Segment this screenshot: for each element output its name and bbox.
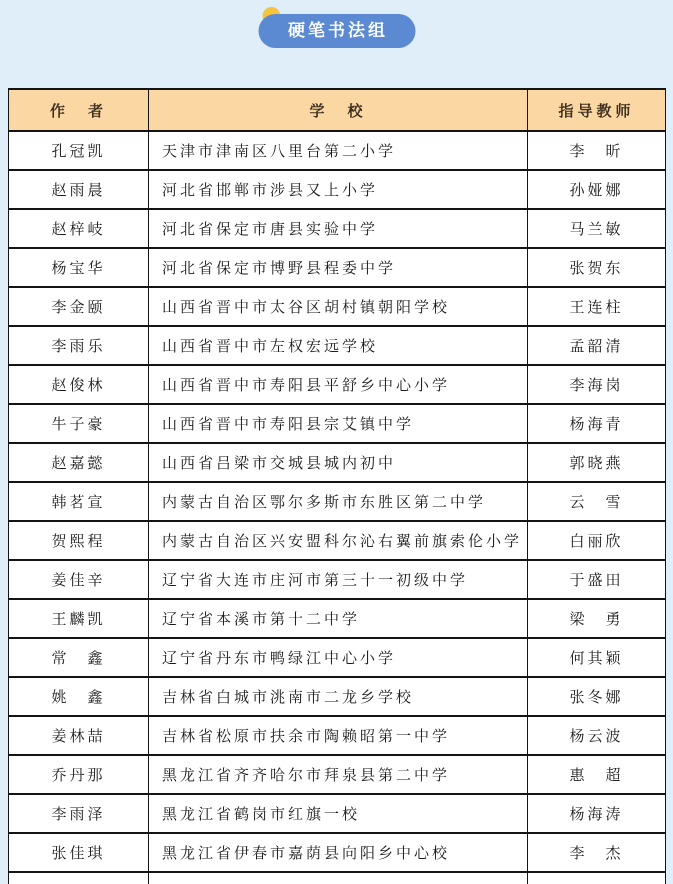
school-cell: 山西省晋中市左权宏远学校: [149, 326, 528, 365]
table-row: 姜林喆 吉林省松原市扶余市陶赖昭第一中学 杨云波: [9, 716, 666, 755]
table-row: 姜佳辛 辽宁省大连市庄河市第三十一初级中学 于盛田: [9, 560, 666, 599]
school-cell: 吉林省松原市扶余市陶赖昭第一中学: [149, 716, 528, 755]
school-cell: 内蒙古自治区兴安盟科尔沁右翼前旗索伦小学: [149, 521, 528, 560]
school-cell: 吉林省白城市洮南市二龙乡学校: [149, 677, 528, 716]
author-cell: 姜佳辛: [9, 560, 149, 599]
teacher-cell: 李 昕: [528, 131, 666, 170]
author-cell: 孔冠凯: [9, 131, 149, 170]
table-row: 李雨泽 黑龙江省鹤岗市红旗一校 杨海涛: [9, 794, 666, 833]
school-cell: 河北省保定市博野县程委中学: [149, 248, 528, 287]
table-row: 贺熙程 内蒙古自治区兴安盟科尔沁右翼前旗索伦小学 白丽欣: [9, 521, 666, 560]
teacher-cell: 何其颖: [528, 638, 666, 677]
school-cell: 山西省晋中市寿阳县宗艾镇中学: [149, 404, 528, 443]
table-row: 李金颐 山西省晋中市太谷区胡村镇朝阳学校 王连柱: [9, 287, 666, 326]
author-cell: 贺熙程: [9, 521, 149, 560]
school-cell: 黑龙江省齐齐哈尔市拜泉县第二中学: [149, 755, 528, 794]
author-cell: [9, 872, 149, 884]
author-cell: 赵雨晨: [9, 170, 149, 209]
teacher-cell: 梁 勇: [528, 599, 666, 638]
author-cell: 李金颐: [9, 287, 149, 326]
teacher-cell: 马兰敏: [528, 209, 666, 248]
author-cell: 赵梓岐: [9, 209, 149, 248]
school-cell: 辽宁省本溪市第十二中学: [149, 599, 528, 638]
author-cell: 杨宝华: [9, 248, 149, 287]
teacher-cell: 王连柱: [528, 287, 666, 326]
teacher-cell: 云 雪: [528, 482, 666, 521]
teacher-cell: 白丽欣: [528, 521, 666, 560]
school-cell: 山西省晋中市太谷区胡村镇朝阳学校: [149, 287, 528, 326]
table-row: 赵俊林 山西省晋中市寿阳县平舒乡中心小学 李海岗: [9, 365, 666, 404]
author-cell: 赵嘉懿: [9, 443, 149, 482]
table-row: 韩茗宣 内蒙古自治区鄂尔多斯市东胜区第二中学 云 雪: [9, 482, 666, 521]
column-header-author: 作 者: [9, 89, 149, 131]
table-row: [9, 872, 666, 884]
author-cell: 李雨乐: [9, 326, 149, 365]
teacher-cell: 杨海青: [528, 404, 666, 443]
teacher-cell: 孟韶清: [528, 326, 666, 365]
table-row: 赵嘉懿 山西省吕梁市交城县城内初中 郭晓燕: [9, 443, 666, 482]
school-cell: 黑龙江省伊春市嘉荫县向阳乡中心校: [149, 833, 528, 872]
page-header: 硬笔书法组: [0, 0, 673, 88]
author-cell: 张佳琪: [9, 833, 149, 872]
column-header-school: 学 校: [149, 89, 528, 131]
school-cell: 河北省保定市唐县实验中学: [149, 209, 528, 248]
table-row: 乔丹那 黑龙江省齐齐哈尔市拜泉县第二中学 惠 超: [9, 755, 666, 794]
teacher-cell: 杨云波: [528, 716, 666, 755]
table-row: 孔冠凯 天津市津南区八里台第二小学 李 昕: [9, 131, 666, 170]
table-row: 杨宝华 河北省保定市博野县程委中学 张贺东: [9, 248, 666, 287]
school-cell: 河北省邯郸市涉县又上小学: [149, 170, 528, 209]
table-row: 王麟凯 辽宁省本溪市第十二中学 梁 勇: [9, 599, 666, 638]
teacher-cell: 杨海涛: [528, 794, 666, 833]
group-badge-wrapper: 硬笔书法组: [258, 14, 415, 48]
teacher-cell: [528, 872, 666, 884]
school-cell: 山西省晋中市寿阳县平舒乡中心小学: [149, 365, 528, 404]
author-cell: 王麟凯: [9, 599, 149, 638]
column-header-teacher: 指导教师: [528, 89, 666, 131]
school-cell: 内蒙古自治区鄂尔多斯市东胜区第二中学: [149, 482, 528, 521]
table-row: 赵雨晨 河北省邯郸市涉县又上小学 孙娅娜: [9, 170, 666, 209]
teacher-cell: 张冬娜: [528, 677, 666, 716]
author-cell: 姜林喆: [9, 716, 149, 755]
teacher-cell: 李 杰: [528, 833, 666, 872]
winners-table: 作 者 学 校 指导教师 孔冠凯 天津市津南区八里台第二小学 李 昕 赵雨晨 河…: [8, 88, 666, 884]
winners-table-container: 作 者 学 校 指导教师 孔冠凯 天津市津南区八里台第二小学 李 昕 赵雨晨 河…: [8, 88, 665, 884]
table-row: 姚 鑫 吉林省白城市洮南市二龙乡学校 张冬娜: [9, 677, 666, 716]
teacher-cell: 郭晓燕: [528, 443, 666, 482]
table-row: 牛子豪 山西省晋中市寿阳县宗艾镇中学 杨海青: [9, 404, 666, 443]
table-header-row: 作 者 学 校 指导教师: [9, 89, 666, 131]
teacher-cell: 孙娅娜: [528, 170, 666, 209]
author-cell: 李雨泽: [9, 794, 149, 833]
group-badge: 硬笔书法组: [258, 14, 415, 48]
author-cell: 赵俊林: [9, 365, 149, 404]
school-cell: 黑龙江省鹤岗市红旗一校: [149, 794, 528, 833]
table-row: 李雨乐 山西省晋中市左权宏远学校 孟韶清: [9, 326, 666, 365]
table-row: 张佳琪 黑龙江省伊春市嘉荫县向阳乡中心校 李 杰: [9, 833, 666, 872]
author-cell: 牛子豪: [9, 404, 149, 443]
table-row: 赵梓岐 河北省保定市唐县实验中学 马兰敏: [9, 209, 666, 248]
school-cell: 辽宁省丹东市鸭绿江中心小学: [149, 638, 528, 677]
author-cell: 常 鑫: [9, 638, 149, 677]
table-row: 常 鑫 辽宁省丹东市鸭绿江中心小学 何其颖: [9, 638, 666, 677]
teacher-cell: 惠 超: [528, 755, 666, 794]
school-cell: 辽宁省大连市庄河市第三十一初级中学: [149, 560, 528, 599]
author-cell: 韩茗宣: [9, 482, 149, 521]
teacher-cell: 张贺东: [528, 248, 666, 287]
school-cell: 天津市津南区八里台第二小学: [149, 131, 528, 170]
school-cell: 山西省吕梁市交城县城内初中: [149, 443, 528, 482]
author-cell: 乔丹那: [9, 755, 149, 794]
teacher-cell: 于盛田: [528, 560, 666, 599]
school-cell: [149, 872, 528, 884]
teacher-cell: 李海岗: [528, 365, 666, 404]
author-cell: 姚 鑫: [9, 677, 149, 716]
